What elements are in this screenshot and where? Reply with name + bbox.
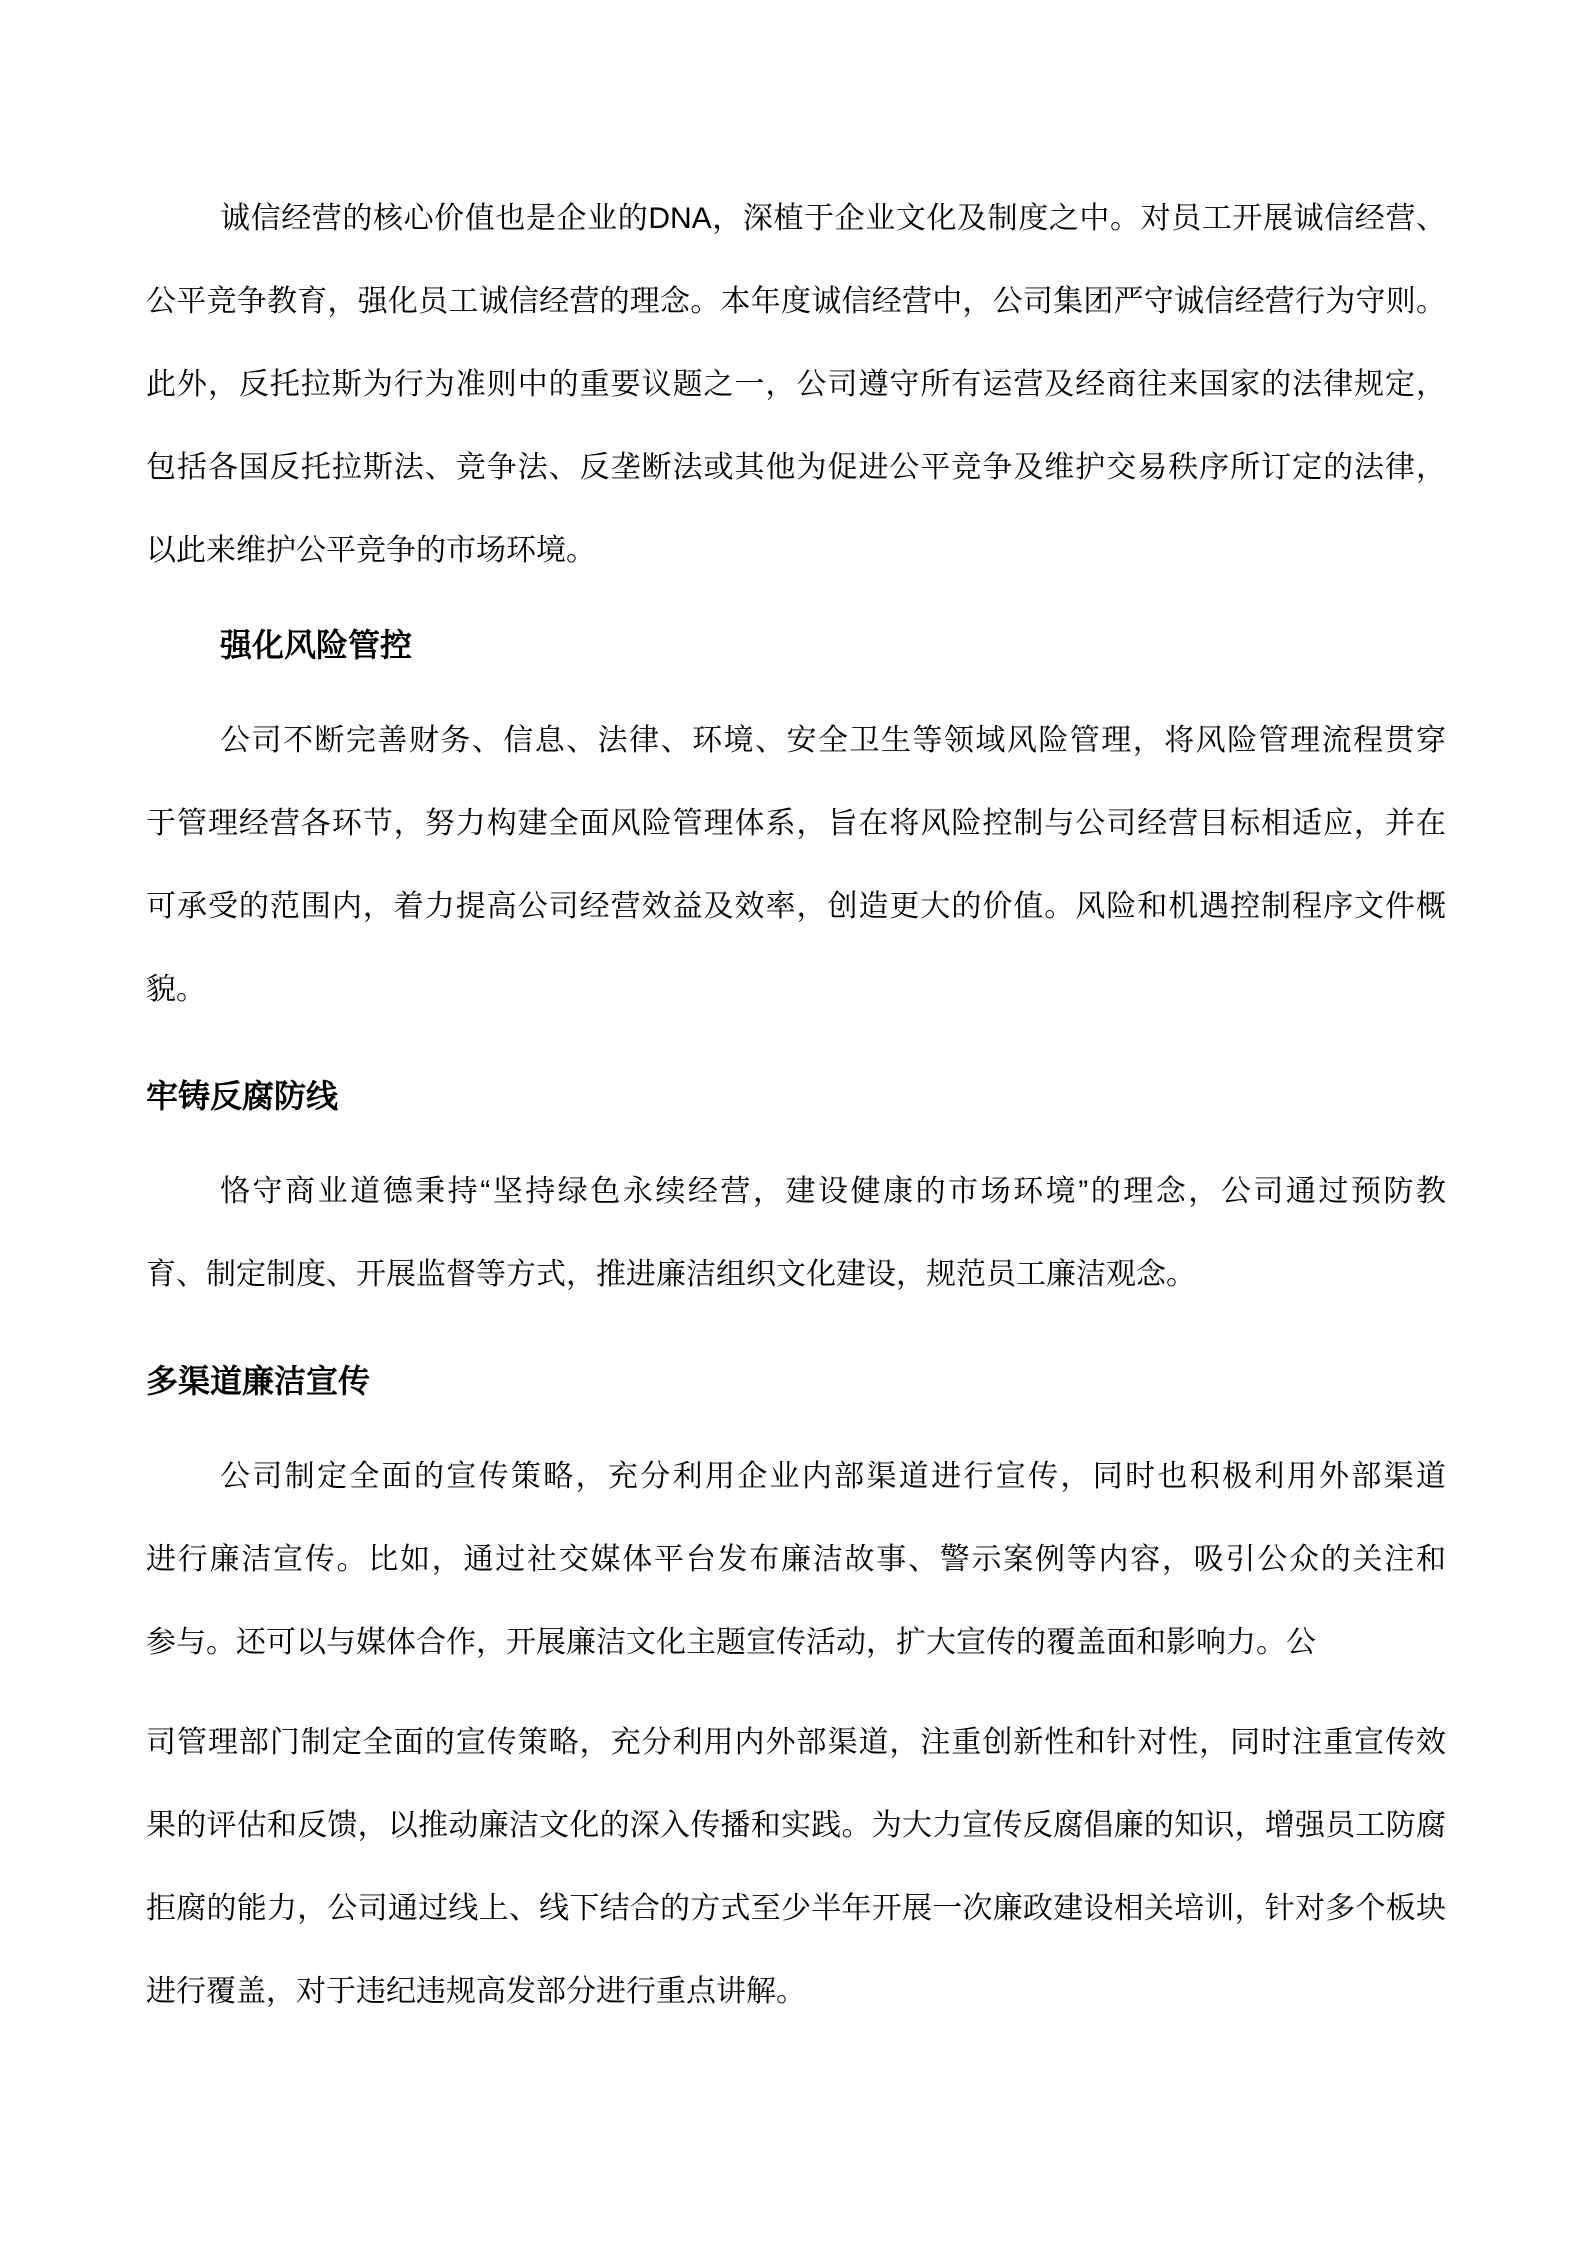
text-line: 公司不断完善财务、信息、法律、环境、安全卫生等领域风险管理，将风险管理流程贯穿	[146, 699, 1446, 782]
text-line: 拒腐的能力，公司通过线上、线下结合的方式至少半年开展一次廉政建设相关培训，针对多…	[146, 1867, 1446, 1950]
text-line: 进行廉洁宣传。比如，通过社交媒体平台发布廉洁故事、警示案例等内容，吸引公众的关注…	[146, 1518, 1446, 1601]
promotion-strategy-paragraph-1: 公司制定全面的宣传策略，充分利用企业内部渠道进行宣传，同时也积极利用外部渠道进行…	[146, 1435, 1446, 1684]
text-line: 参与。还可以与媒体合作，开展廉洁文化主题宣传活动，扩大宣传的覆盖面和影响力。公	[146, 1601, 1446, 1684]
integrity-operations-paragraph: 诚信经营的核心价值也是企业的DNA，深植于企业文化及制度之中。对员工开展诚信经营…	[146, 177, 1446, 592]
business-ethics-paragraph: 恪守商业道德秉持“坚持绿色永续经营，建设健康的市场环境”的理念，公司通过预防教育…	[146, 1150, 1446, 1316]
text-line: 包括各国反托拉斯法、竞争法、反垄断法或其他为促进公平竞争及维护交易秩序所订定的法…	[146, 426, 1446, 509]
text-line: 育、制定制度、开展监督等方式，推进廉洁组织文化建设，规范员工廉洁观念。	[146, 1233, 1446, 1316]
text-line: 于管理经营各环节，努力构建全面风险管理体系，旨在将风险控制与公司经营目标相适应，…	[146, 782, 1446, 865]
text-line: 果的评估和反馈，以推动廉洁文化的深入传播和实践。为大力宣传反腐倡廉的知识，增强员…	[146, 1784, 1446, 1867]
text-line: 可承受的范围内，着力提高公司经营效益及效率，创造更大的价值。风险和机遇控制程序文…	[146, 865, 1446, 948]
document-page: 诚信经营的核心价值也是企业的DNA，深植于企业文化及制度之中。对员工开展诚信经营…	[0, 0, 1587, 2245]
text-line: 公平竞争教育，强化员工诚信经营的理念。本年度诚信经营中，公司集团严守诚信经营行为…	[146, 260, 1446, 343]
text-line: 以此来维护公平竞争的市场环境。	[146, 509, 1446, 592]
promotion-strategy-paragraph-2: 司管理部门制定全面的宣传策略，充分利用内外部渠道，注重创新性和针对性，同时注重宣…	[146, 1701, 1446, 2033]
heading-anti-corruption-line: 牢铸反腐防线	[146, 1055, 1446, 1138]
text-line: 此外，反托拉斯为行为准则中的重要议题之一，公司遵守所有运营及经商往来国家的法律规…	[146, 343, 1446, 426]
text-line: 司管理部门制定全面的宣传策略，充分利用内外部渠道，注重创新性和针对性，同时注重宣…	[146, 1701, 1446, 1784]
document-content: 诚信经营的核心价值也是企业的DNA，深植于企业文化及制度之中。对员工开展诚信经营…	[146, 177, 1446, 2033]
text-line: 貌。	[146, 948, 1446, 1031]
text-line: 公司制定全面的宣传策略，充分利用企业内部渠道进行宣传，同时也积极利用外部渠道	[146, 1435, 1446, 1518]
text-line: 进行覆盖，对于违纪违规高发部分进行重点讲解。	[146, 1950, 1446, 2033]
risk-management-paragraph: 公司不断完善财务、信息、法律、环境、安全卫生等领域风险管理，将风险管理流程贯穿于…	[146, 699, 1446, 1031]
text-line: 恪守商业道德秉持“坚持绿色永续经营，建设健康的市场环境”的理念，公司通过预防教	[146, 1150, 1446, 1233]
heading-risk-control: 强化风险管控	[146, 604, 1446, 687]
text-line: 诚信经营的核心价值也是企业的DNA，深植于企业文化及制度之中。对员工开展诚信经营…	[146, 177, 1446, 260]
heading-integrity-promotion: 多渠道廉洁宣传	[146, 1340, 1446, 1423]
